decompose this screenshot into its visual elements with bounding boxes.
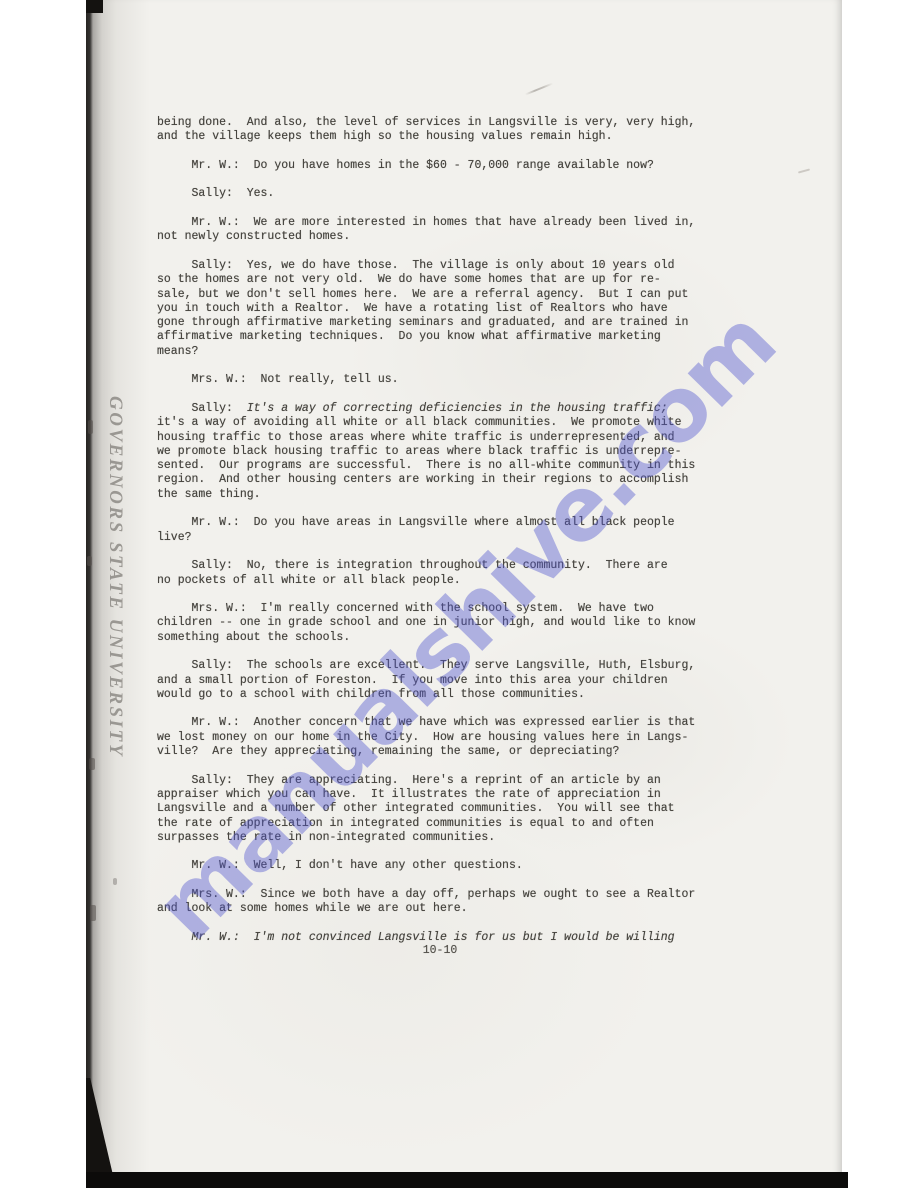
pencil-mark: [525, 82, 554, 95]
book-page-scan: GOVERNORS STATE UNIVERSITY being done. A…: [86, 0, 842, 1188]
paragraph: Mr. W.: Do you have areas in Langsville …: [157, 516, 723, 545]
paragraph: Sally: They are appreciating. Here's a r…: [157, 774, 723, 845]
paragraph: Mr. W.: Another concern that we have whi…: [157, 716, 723, 759]
smudge-mark: [798, 168, 810, 173]
spine-smudge: [88, 420, 93, 434]
paragraph: being done. And also, the level of servi…: [157, 116, 723, 145]
paragraph: Mr. W.: Do you have homes in the $60 - 7…: [157, 159, 723, 173]
scan-bottom-bar: [86, 1172, 848, 1188]
paragraph: Mr. W.: We are more interested in homes …: [157, 216, 723, 245]
paragraph: Mrs. W.: Since we both have a day off, p…: [157, 888, 723, 917]
paragraph: Sally: It's a way of correcting deficien…: [157, 402, 723, 502]
screenshot-root: { "page": { "number_label": "10-10", "ba…: [0, 0, 918, 1188]
spine-smudge: [89, 758, 95, 770]
document-text: being done. And also, the level of servi…: [157, 116, 723, 960]
paragraph: Sally: The schools are excellent. They s…: [157, 659, 723, 702]
spine-smudge: [87, 556, 92, 566]
paragraph: Sally: Yes, we do have those. The villag…: [157, 259, 723, 359]
paragraph: Mrs. W.: I'm really concerned with the s…: [157, 602, 723, 645]
paragraph: Sally: No, there is integration througho…: [157, 559, 723, 588]
paragraph: Mrs. W.: Not really, tell us.: [157, 373, 723, 387]
page-number: 10-10: [157, 944, 723, 957]
paragraph: Sally: Yes.: [157, 187, 723, 201]
library-ownership-stamp: GOVERNORS STATE UNIVERSITY: [104, 396, 126, 758]
spine-smudge: [90, 905, 96, 921]
spine-stray-mark: [113, 878, 117, 885]
paragraph: Mr. W.: Well, I don't have any other que…: [157, 859, 723, 873]
scan-notch-top-left: [86, 0, 103, 13]
